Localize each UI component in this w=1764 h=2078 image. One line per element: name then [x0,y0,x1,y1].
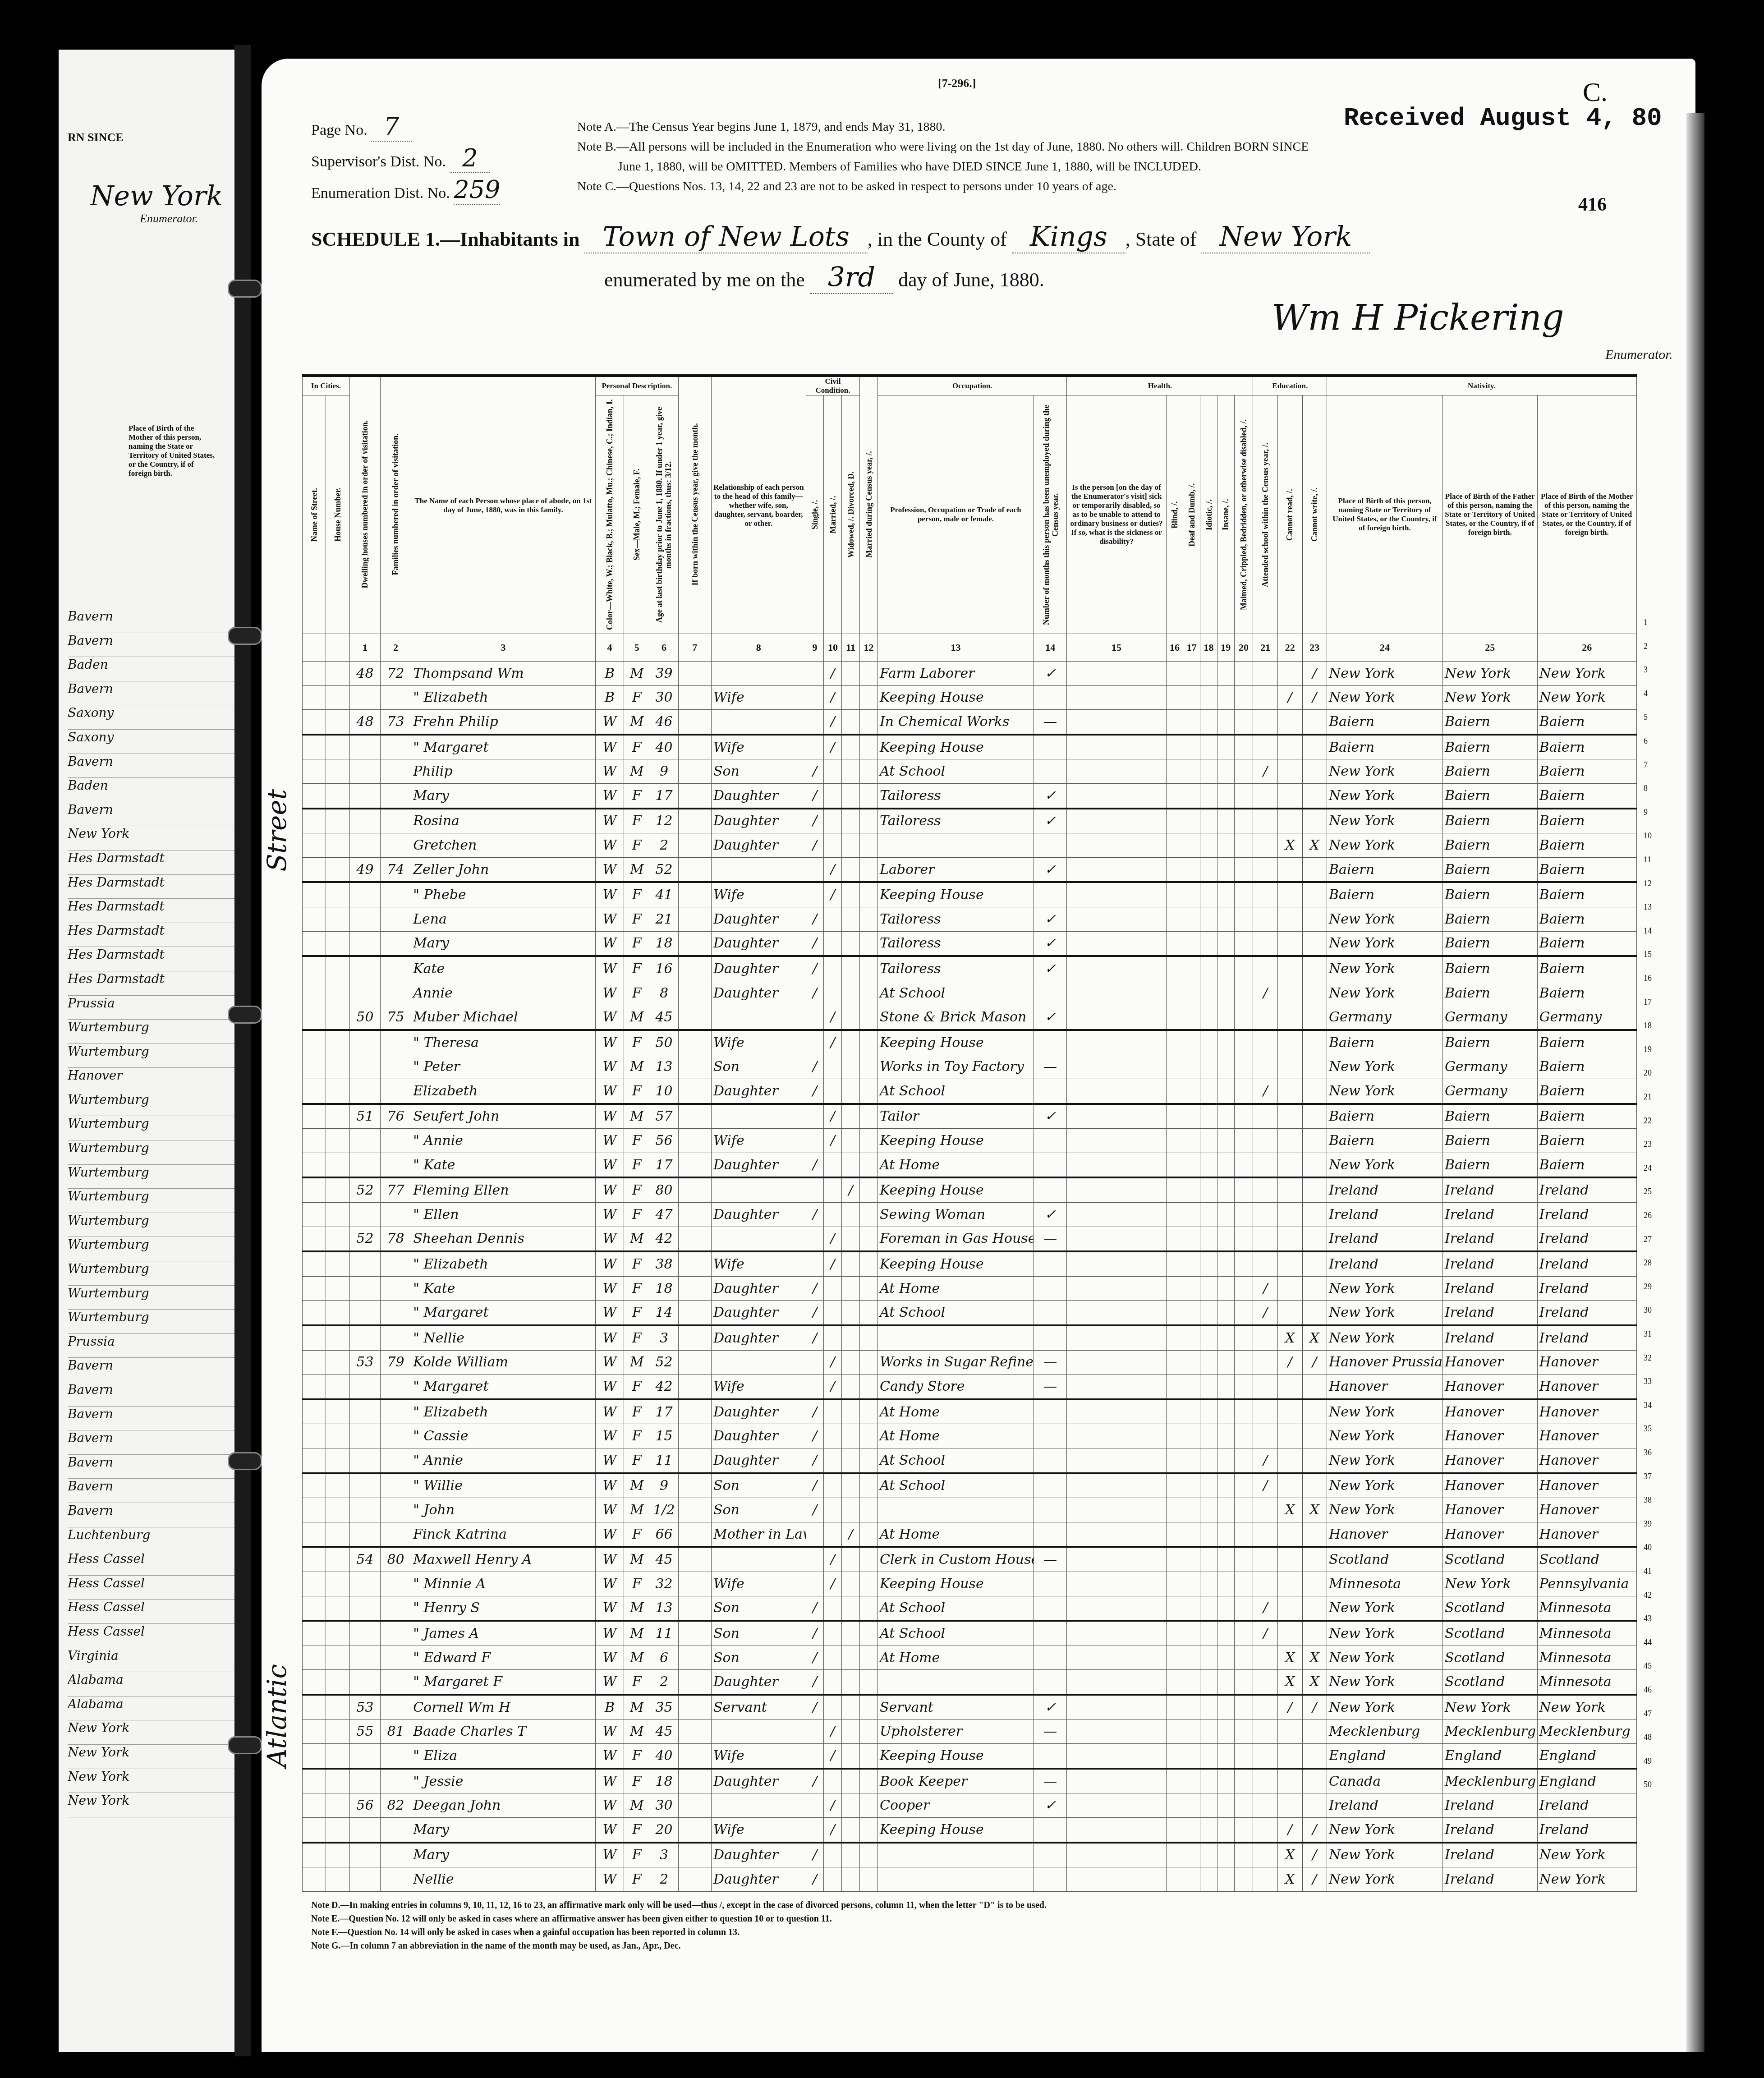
cell-age: 8 [650,981,678,1005]
line-number: 48 [1644,1733,1652,1742]
cell-empty [860,907,878,931]
cell-empty [326,833,349,858]
cell-widowed [842,1817,860,1842]
cell-married [824,833,842,858]
cell-color: W [596,1129,624,1153]
cell-school [1253,1030,1278,1055]
cell-unemployed: — [1034,1350,1067,1375]
cell-father-birth: Ireland [1442,1817,1537,1842]
cell-cant-write [1302,1227,1327,1251]
cell-empty [1166,759,1183,784]
cell-unemployed: ✓ [1034,857,1067,882]
binder-spine [234,45,251,2056]
cell-family [380,1596,411,1621]
cell-occupation: Farm Laborer [878,662,1034,686]
cell-empty [678,1301,711,1325]
col-header-relationship: Relationship of each person to the head … [711,376,806,634]
col-header-married-census-year: Married during Census year, /. [860,376,878,634]
cell-empty [1200,1227,1217,1251]
cell-unemployed: ✓ [1034,931,1067,956]
cell-empty [326,1719,349,1744]
cell-empty [1067,1301,1166,1325]
cell-sex: F [624,1079,650,1104]
cell-married [824,1055,842,1079]
cell-empty [326,735,349,759]
cell-empty [1166,1498,1183,1522]
cell-empty [860,1424,878,1448]
cell-empty [326,1769,349,1793]
cell-father-birth: Baiern [1442,1129,1537,1153]
col-number: 25 [1442,634,1537,662]
cell-empty [678,1843,711,1867]
table-row: " Minnie AWF32Wife/Keeping HouseMinnesot… [303,1572,1637,1596]
previous-page-cell: Hes Darmstadt [68,875,239,899]
cell-school [1253,1547,1278,1572]
cell-empty [1183,1325,1200,1350]
cell-married: / [824,1572,842,1596]
cell-school [1253,1203,1278,1227]
cell-empty [1166,1621,1183,1646]
cell-cant-write [1302,1030,1327,1055]
cell-cant-read [1277,1719,1302,1744]
cell-widowed [842,1793,860,1818]
cell-empty [326,1646,349,1670]
cell-family: 76 [380,1104,411,1129]
cell-mother-birth: Ireland [1537,1251,1636,1276]
note-e: Note E.—Question No. 12 will only be ask… [311,1912,1047,1926]
cell-school [1253,1129,1278,1153]
column-number-row: 1 2 3 4 5 6 7 8 9 10 11 12 13 14 15 16 1… [303,634,1637,662]
cell-sex: M [624,1793,650,1818]
cell-cant-read [1277,1129,1302,1153]
line-number: 5 [1644,713,1648,722]
cell-empty [678,1719,711,1744]
cell-unemployed: ✓ [1034,662,1067,686]
cell-unemployed: ✓ [1034,1695,1067,1719]
cell-widowed [842,1498,860,1522]
cell-school [1253,1719,1278,1744]
cell-empty [1166,1695,1183,1719]
cell-widowed [842,809,860,833]
cell-cant-read [1277,662,1302,686]
cell-empty [678,956,711,981]
cell-cant-write [1302,759,1327,784]
cell-father-birth: Ireland [1442,1867,1537,1892]
cell-occupation: Tailoress [878,931,1034,956]
cell-empty [1234,1104,1253,1129]
cell-name: Maxwell Henry A [411,1547,596,1572]
cell-empty [1067,1276,1166,1301]
cell-empty [1067,1079,1166,1104]
cell-birth: Baiern [1327,1104,1443,1129]
table-row: 4873Frehn PhilipWM46/In Chemical Works—B… [303,710,1637,735]
cell-single: / [806,783,824,808]
cell-empty [1217,857,1234,882]
page-identifiers: Page No. 7 Supervisor's Dist. No. 2 Enum… [311,113,500,207]
previous-page-cell: Wurtemburg [68,1213,239,1237]
cell-age: 14 [650,1301,678,1325]
cell-color: W [596,1744,624,1769]
col-number: 11 [842,634,860,662]
cell-family [380,1448,411,1473]
cell-single: / [806,1055,824,1079]
table-row: RosinaWF12Daughter/Tailoress✓New YorkBai… [303,809,1637,833]
previous-page-cell: Wurtemburg [68,1165,239,1189]
enumerated-label: enumerated by me on the [604,269,805,291]
cell-school [1253,1572,1278,1596]
cell-empty [678,1867,711,1892]
col-header-family: Families numbered in order of visitation… [380,376,411,634]
cell-empty [678,1670,711,1695]
cell-empty [860,1522,878,1547]
cell-father-birth: Hanover [1442,1498,1537,1522]
col-header-attended-school: Attended school within the Census year, … [1253,395,1278,634]
cell-married [824,1843,842,1867]
cell-empty [1166,1473,1183,1498]
binder-ring [228,1006,262,1024]
cell-age: 9 [650,759,678,784]
previous-page-cell: Wurtemburg [68,1020,239,1044]
cell-color: W [596,1153,624,1177]
cell-empty [678,907,711,931]
cell-empty [326,662,349,686]
cell-unemployed [1034,685,1067,710]
col-number: 14 [1034,634,1067,662]
cell-father-birth: Baiern [1442,1030,1537,1055]
cell-mother-birth: Baiern [1537,882,1636,907]
cell-sex: M [624,1055,650,1079]
cell-empty [303,1325,326,1350]
cell-unemployed [1034,1522,1067,1547]
cell-family: 78 [380,1227,411,1251]
cell-empty [678,1276,711,1301]
previous-page-header-fragment: RN SINCE [68,131,124,144]
cell-occupation: Candy Store [878,1375,1034,1399]
cell-empty [1183,882,1200,907]
cell-widowed [842,857,860,882]
cell-single: / [806,907,824,931]
cell-empty [1067,1843,1166,1867]
cell-empty [1183,1055,1200,1079]
col-number: 21 [1253,634,1278,662]
cell-family [380,956,411,981]
table-row: 5278Sheehan DennisWM42/Foreman in Gas Ho… [303,1227,1637,1251]
cell-empty [1200,662,1217,686]
cell-father-birth: Baiern [1442,1104,1537,1129]
cell-empty [1234,1399,1253,1424]
cell-sex: M [624,1104,650,1129]
cell-single: / [806,1424,824,1448]
cell-married: / [824,1251,842,1276]
line-number: 37 [1644,1472,1652,1481]
cell-empty [303,907,326,931]
table-row: " KateWF18Daughter/At Home/New YorkIrela… [303,1276,1637,1301]
cell-unemployed [1034,1670,1067,1695]
table-row: NellieWF2Daughter/X/New YorkIrelandNew Y… [303,1867,1637,1892]
cell-dwelling [349,981,380,1005]
cell-school [1253,710,1278,735]
cell-birth: New York [1327,833,1443,858]
previous-page-cell: Bavern [68,1479,239,1503]
cell-empty [1067,1522,1166,1547]
cell-single [806,1030,824,1055]
cell-empty [1166,1448,1183,1473]
cell-widowed [842,1129,860,1153]
cell-relation: Son [711,1621,806,1646]
cell-single [806,1104,824,1129]
cell-name: " Peter [411,1055,596,1079]
cell-empty [1166,1522,1183,1547]
cell-empty [303,833,326,858]
table-row: AnnieWF8Daughter/At School/New YorkBaier… [303,981,1637,1005]
cell-color: W [596,1670,624,1695]
cell-empty [326,710,349,735]
cell-cant-write [1302,1596,1327,1621]
cell-empty [1067,1473,1166,1498]
cell-empty [1234,882,1253,907]
cell-empty [860,956,878,981]
cell-empty [1183,1695,1200,1719]
cell-empty [1067,1153,1166,1177]
cell-empty [1200,1276,1217,1301]
cell-single: / [806,1325,824,1350]
cell-name: " Margaret F [411,1670,596,1695]
cell-cant-read [1277,956,1302,981]
cell-school [1253,833,1278,858]
cell-dwelling [349,809,380,833]
cell-name: " Eliza [411,1744,596,1769]
cell-occupation: At School [878,1621,1034,1646]
cell-empty [1067,1055,1166,1079]
cell-empty [860,662,878,686]
cell-empty [1217,1473,1234,1498]
cell-single: / [806,1843,824,1867]
cell-name: " Margaret [411,1375,596,1399]
cell-dwelling [349,1448,380,1473]
cell-empty [1166,882,1183,907]
cell-empty [1183,956,1200,981]
cell-birth: Hanover [1327,1375,1443,1399]
cell-empty [1183,1572,1200,1596]
cell-empty [1067,1596,1166,1621]
cell-empty [1234,1547,1253,1572]
cell-unemployed [1034,1177,1067,1202]
cell-dwelling [349,1301,380,1325]
cell-father-birth: Baiern [1442,931,1537,956]
cell-occupation: Tailoress [878,907,1034,931]
cell-mother-birth: Hanover [1537,1375,1636,1399]
cell-empty [326,1744,349,1769]
table-row: 5581Baade Charles TWM45/Upholsterer—Meck… [303,1719,1637,1744]
cell-family [380,1670,411,1695]
cell-occupation: At Home [878,1646,1034,1670]
line-number: 42 [1644,1591,1652,1600]
cell-single: / [806,809,824,833]
cell-single [806,1177,824,1202]
cell-relation: Daughter [711,1325,806,1350]
cell-empty [1200,981,1217,1005]
cell-family: 79 [380,1350,411,1375]
cell-empty [1166,1867,1183,1892]
cell-birth: New York [1327,1498,1443,1522]
cell-birth: New York [1327,1276,1443,1301]
line-number: 27 [1644,1235,1652,1244]
cell-empty [1067,1129,1166,1153]
cell-color: B [596,685,624,710]
cell-unemployed: ✓ [1034,1203,1067,1227]
cell-cant-write: / [1302,685,1327,710]
enumerator-signature: Wm H Pickering [1272,298,1564,338]
cell-name: Rosina [411,809,596,833]
previous-page-cell: Hess Cassel [68,1576,239,1600]
cell-father-birth: Baiern [1442,981,1537,1005]
cell-empty [1200,809,1217,833]
cell-empty [1217,1350,1234,1375]
cell-married [824,1177,842,1202]
cell-empty [303,956,326,981]
footnotes: Note D.—In making entries in columns 9, … [311,1899,1047,1953]
cell-empty [1200,931,1217,956]
cell-relation [711,1005,806,1030]
cell-unemployed [1034,981,1067,1005]
cell-empty [860,1276,878,1301]
cell-empty [1217,1079,1234,1104]
cell-empty [326,981,349,1005]
cell-married [824,1079,842,1104]
cell-empty [860,1695,878,1719]
cell-empty [303,1424,326,1448]
cell-empty [1067,1375,1166,1399]
cell-empty [1183,809,1200,833]
cell-empty [1200,1325,1217,1350]
cell-empty [678,1153,711,1177]
cell-empty [1067,685,1166,710]
cell-relation: Daughter [711,1203,806,1227]
cell-empty [1067,1695,1166,1719]
cell-empty [1217,1867,1234,1892]
cell-empty [1200,1030,1217,1055]
cell-cant-read [1277,1769,1302,1793]
cell-name: Baade Charles T [411,1719,596,1744]
form-code: [7-296.] [938,77,976,90]
cell-father-birth: Baiern [1442,956,1537,981]
cell-empty [1166,1350,1183,1375]
cell-mother-birth: Baiern [1537,809,1636,833]
cell-widowed [842,907,860,931]
cell-empty [303,1498,326,1522]
previous-page-cell: Hes Darmstadt [68,923,239,947]
cell-empty [860,981,878,1005]
cell-mother-birth: Scotland [1537,1547,1636,1572]
cell-empty [1200,1153,1217,1177]
cell-occupation: Keeping House [878,1251,1034,1276]
cell-empty [1166,1670,1183,1695]
cell-empty [1166,1079,1183,1104]
cell-name: " Minnie A [411,1572,596,1596]
cell-empty [303,783,326,808]
cell-unemployed [1034,833,1067,858]
cell-widowed [842,1153,860,1177]
cell-empty [1183,1399,1200,1424]
line-number: 16 [1644,974,1652,983]
cell-empty [303,1596,326,1621]
cell-cant-read: X [1277,1670,1302,1695]
cell-married: / [824,1104,842,1129]
cell-mother-birth: Ireland [1537,1276,1636,1301]
cell-empty [1166,907,1183,931]
cell-relation: Wife [711,1129,806,1153]
cell-empty [1183,1227,1200,1251]
cell-empty [1200,907,1217,931]
cell-single [806,1227,824,1251]
cell-school [1253,1325,1278,1350]
cell-birth: Hanover Prussia [1327,1350,1443,1375]
cell-empty [1234,1301,1253,1325]
cell-family [380,1522,411,1547]
cell-name: " Jessie [411,1769,596,1793]
col-header-widowed: Widowed, /. Divorced, D. [842,395,860,634]
cell-relation: Son [711,1055,806,1079]
cell-married [824,1522,842,1547]
cell-cant-write [1302,1744,1327,1769]
cell-mother-birth: Baiern [1537,783,1636,808]
cell-married: / [824,1547,842,1572]
cell-empty [1234,1375,1253,1399]
cell-empty [860,783,878,808]
cell-age: 13 [650,1596,678,1621]
cell-dwelling [349,956,380,981]
cell-widowed [842,1621,860,1646]
cell-occupation: Servant [878,1695,1034,1719]
cell-empty [678,783,711,808]
cell-dwelling [349,1375,380,1399]
col-header-married: Married, /. [824,395,842,634]
table-row: " MargaretWF14Daughter/At School/New Yor… [303,1301,1637,1325]
group-header-nativity: Nativity. [1327,376,1637,395]
cell-sex: M [624,1695,650,1719]
cell-empty [303,931,326,956]
cell-single: / [806,1498,824,1522]
cell-cant-read [1277,735,1302,759]
cell-age: 45 [650,1005,678,1030]
cell-unemployed: — [1034,1769,1067,1793]
cell-cant-write: X [1302,1498,1327,1522]
cell-unemployed [1034,1498,1067,1522]
cell-name: " Margaret [411,1301,596,1325]
cell-school [1253,1769,1278,1793]
cell-single: / [806,1473,824,1498]
cell-married [824,956,842,981]
cell-family [380,907,411,931]
cell-widowed [842,1670,860,1695]
cell-age: 50 [650,1030,678,1055]
cell-cant-read: / [1277,1695,1302,1719]
cell-empty [1234,735,1253,759]
cell-cant-read [1277,1744,1302,1769]
cell-color: W [596,1055,624,1079]
note-c: Note C.—Questions Nos. 13, 14, 22 and 23… [577,177,1569,197]
cell-color: W [596,1473,624,1498]
cell-dwelling: 56 [349,1793,380,1818]
cell-sex: F [624,907,650,931]
cell-mother-birth: Ireland [1537,1301,1636,1325]
cell-empty [1183,1670,1200,1695]
cell-empty [1200,1646,1217,1670]
cell-empty [326,783,349,808]
cell-empty [1183,1177,1200,1202]
cell-empty [1067,1769,1166,1793]
cell-married [824,809,842,833]
